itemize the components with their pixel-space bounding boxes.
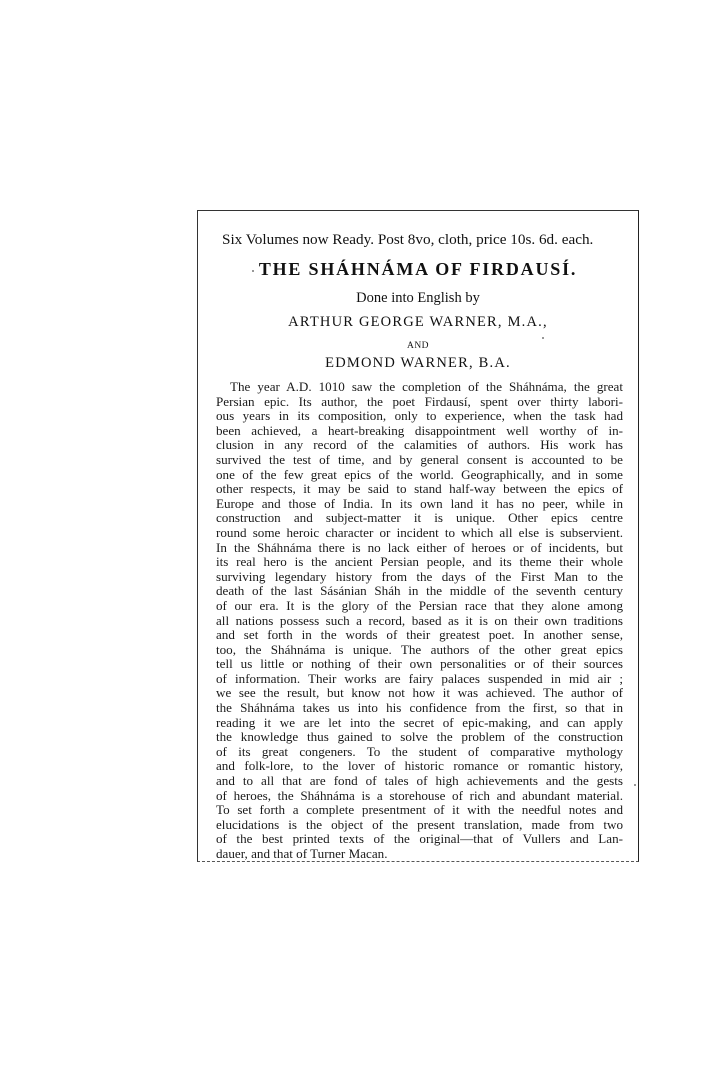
paragraph-line: ous years in its composition, only to ex… xyxy=(216,409,623,424)
paragraph-line: and set forth in the words of their grea… xyxy=(216,628,623,643)
paragraph-line: of heroes, the Sháhnáma is a storehouse … xyxy=(216,789,623,804)
paragraph-line: To set forth a complete presentment of i… xyxy=(216,803,623,818)
paragraph-line: been achieved, a heart-breaking disappoi… xyxy=(216,424,623,439)
book-title: THE SHÁHNÁMA OF FIRDAUSÍ. xyxy=(196,259,640,280)
paragraph-line: survived the test of time, and by genera… xyxy=(216,453,623,468)
print-speck xyxy=(634,784,636,786)
paragraph-line: of our era. It is the glory of the Persi… xyxy=(216,599,623,614)
paragraph-line: other respects, it may be said to stand … xyxy=(216,482,623,497)
paragraph-line: and to all that are fond of tales of hig… xyxy=(216,774,623,789)
paragraph-line: Europe and those of India. In its own la… xyxy=(216,497,623,512)
paragraph-line: Persian epic. Its author, the poet Firda… xyxy=(216,395,623,410)
paragraph-line: round some heroic character or incident … xyxy=(216,526,623,541)
paragraph-line: The year A.D. 1010 saw the completion of… xyxy=(216,380,623,395)
availability-price-line: Six Volumes now Ready. Post 8vo, cloth, … xyxy=(222,231,622,249)
description-paragraph: The year A.D. 1010 saw the completion of… xyxy=(216,380,623,862)
paragraph-line: death of the last Sásánian Sháh in the m… xyxy=(216,584,623,599)
paragraph-line: the Sháhnáma takes us into his confidenc… xyxy=(216,701,623,716)
paragraph-line: elucidations is the object of the presen… xyxy=(216,818,623,833)
paragraph-line: all nations possess such a record, based… xyxy=(216,614,623,629)
print-speck xyxy=(252,270,254,272)
paragraph-line: clusion in any record of the calamities … xyxy=(216,438,623,453)
paragraph-line: too, the Sháhnáma is unique. The authors… xyxy=(216,643,623,658)
paragraph-line: we see the result, but know not how it w… xyxy=(216,686,623,701)
paragraph-line: dauer, and that of Turner Macan. xyxy=(216,847,623,862)
paragraph-line: the knowledge thus gained to solve the p… xyxy=(216,730,623,745)
paragraph-line: of information. Their works are fairy pa… xyxy=(216,672,623,687)
translator-name-2: EDMOND WARNER, B.A. xyxy=(196,355,640,372)
paragraph-line: of the best printed texts of the origina… xyxy=(216,832,623,847)
print-speck xyxy=(542,337,544,339)
translation-credit-line: Done into English by xyxy=(196,290,640,307)
paragraph-line: its real hero is the ancient Persian peo… xyxy=(216,555,623,570)
translator-conjunction: AND xyxy=(196,341,640,351)
paragraph-line: surviving legendary history from the day… xyxy=(216,570,623,585)
translator-name-1: ARTHUR GEORGE WARNER, M.A., xyxy=(196,314,640,331)
paragraph-line: construction and subject-matter it is un… xyxy=(216,511,623,526)
paragraph-line: reading it we are let into the secret of… xyxy=(216,716,623,731)
paragraph-line: one of the few great epics of the world.… xyxy=(216,468,623,483)
paragraph-line: tell us little or nothing of their own p… xyxy=(216,657,623,672)
paragraph-line: and folk-lore, to the lover of historic … xyxy=(216,759,623,774)
paragraph-line: In the Sháhnáma there is no lack either … xyxy=(216,541,623,556)
paragraph-line: of its great congeners. To the student o… xyxy=(216,745,623,760)
